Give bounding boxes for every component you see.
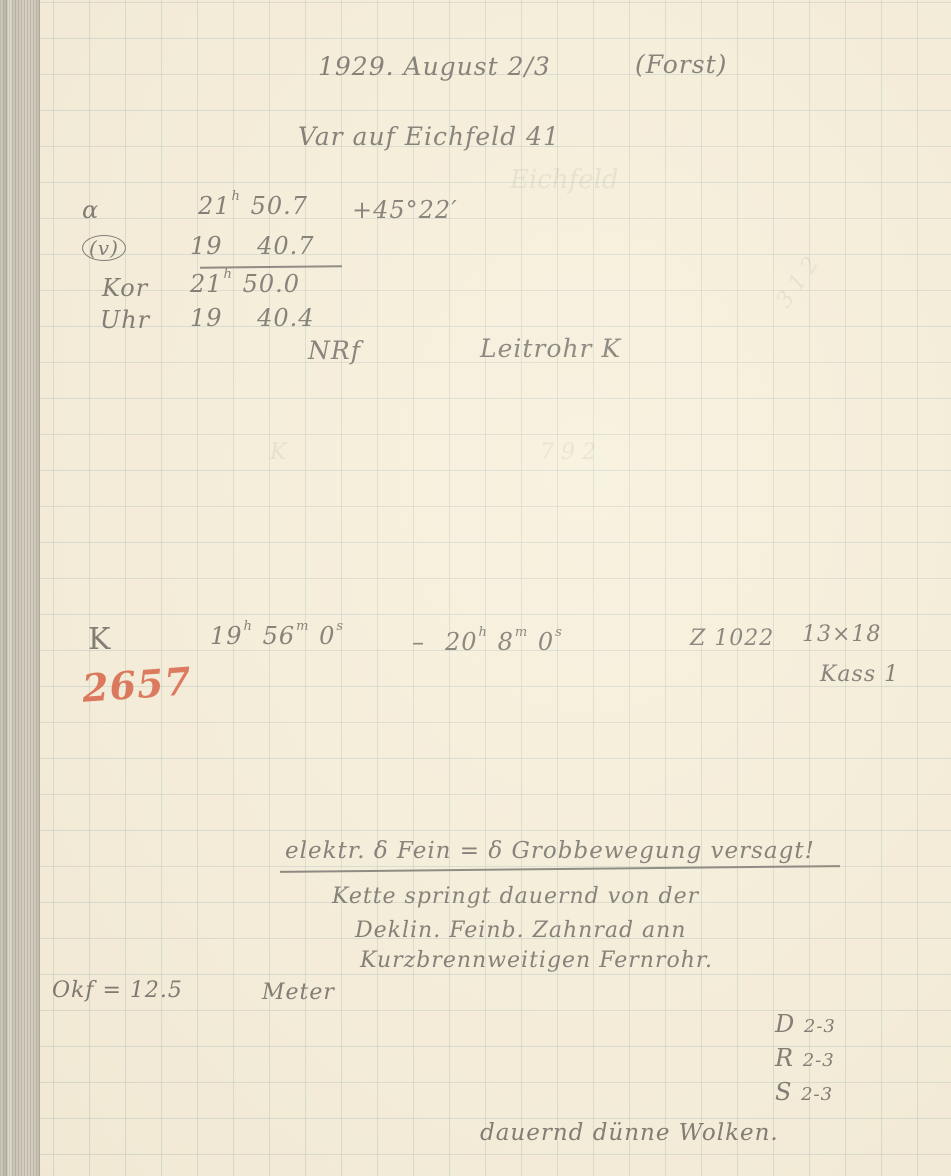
red-plate-number: 2657: [81, 658, 194, 711]
start-minutes: 56: [263, 622, 296, 650]
exposure-dash: –: [412, 628, 425, 656]
start-hours: 19: [210, 622, 243, 650]
alpha-label: α: [82, 196, 99, 224]
page-title: Var auf Eichfeld 41: [298, 122, 560, 151]
rating-symbol: R: [775, 1044, 794, 1072]
circled-ra: 19 40.7: [190, 232, 315, 260]
uhr-ra-minutes: 40.4: [257, 304, 314, 332]
plate-id: Z 1022: [690, 626, 774, 651]
rating-symbol: D: [775, 1010, 795, 1038]
kor-ra-minutes: 50.0: [243, 270, 300, 298]
header-date: 1929. August 2/3: [318, 52, 551, 81]
alpha-ra: 21h 50.7: [198, 192, 308, 220]
start-seconds: 0: [319, 622, 335, 650]
bleed-through-mark: Eichfeld: [510, 165, 619, 195]
end-minutes: 8: [498, 628, 514, 656]
rating-d: D 2-3: [775, 1010, 836, 1038]
objective-focal-length: Okf = 12.5: [52, 978, 183, 1003]
header-observer: (Forst): [635, 50, 727, 79]
rating-value: 2-3: [804, 1016, 836, 1037]
end-hours: 20: [445, 628, 478, 656]
exposure-label: K: [88, 622, 111, 657]
remarks-headline: elektr. δ Fein = δ Grobbewegung versagt!: [285, 838, 815, 864]
objective-unit: Meter: [262, 980, 335, 1005]
remarks-line-1: Kette springt dauernd von der: [332, 884, 699, 909]
rating-value: 2-3: [803, 1050, 835, 1071]
alpha-ra-minutes: 50.7: [251, 192, 308, 220]
remarks-line-2: Deklin. Feinb. Zahnrad ann: [355, 918, 686, 943]
rating-r: R 2-3: [775, 1044, 835, 1072]
kor-label: Kor: [102, 274, 148, 302]
cassette: Kass 1: [820, 662, 899, 687]
circled-ra-hours: 19: [190, 232, 223, 260]
uhr-ra: 19 40.4: [190, 304, 315, 332]
circled-label: (v): [82, 235, 126, 261]
alpha-declination: +45°22′: [352, 196, 458, 224]
instrument-right: Leitrohr K: [480, 334, 621, 363]
kor-ra: 21h 50.0: [190, 270, 300, 298]
footer-note: dauernd dünne Wolken.: [480, 1120, 779, 1146]
exposure-end: 20h 8m 0s: [445, 628, 564, 656]
uhr-ra-hours: 19: [190, 304, 223, 332]
rating-value: 2-3: [801, 1084, 833, 1105]
remarks-line-3: Kurzbrennweitigen Fernrohr.: [360, 948, 713, 973]
circled-ra-minutes: 40.7: [257, 232, 314, 260]
bleed-through-mark: 7 9 2: [540, 440, 596, 465]
exposure-start: 19h 56m 0s: [210, 622, 345, 650]
bleed-through-mark: 3 1 2: [772, 252, 825, 312]
notebook-binding: [0, 0, 40, 1176]
end-seconds: 0: [538, 628, 554, 656]
headline-underline: [280, 865, 840, 873]
rating-s: S 2-3: [775, 1078, 833, 1106]
hour-unit: h: [232, 189, 241, 204]
alpha-ra-hours: 21: [198, 192, 231, 220]
uhr-label: Uhr: [100, 306, 150, 334]
notebook-page: Eichfeld 3 1 2 K 7 9 2 1929. August 2/3 …: [40, 0, 951, 1176]
sum-underline: [200, 265, 342, 268]
plate-size: 13×18: [802, 622, 881, 647]
bleed-through-mark: K: [270, 440, 286, 465]
kor-ra-hours: 21: [190, 270, 223, 298]
instrument-left: NRf: [308, 336, 361, 365]
rating-symbol: S: [775, 1078, 792, 1106]
